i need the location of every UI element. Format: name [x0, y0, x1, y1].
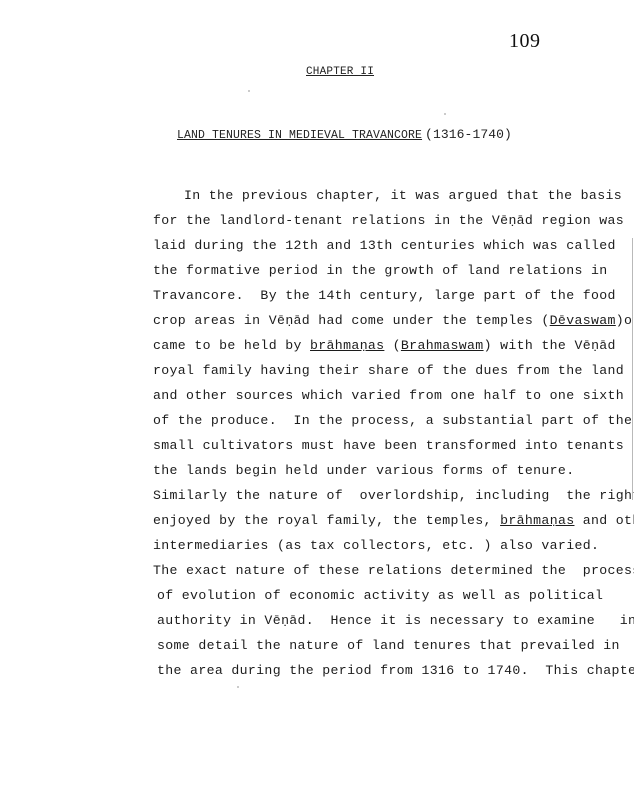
text-line: The exact nature of these relations dete… — [153, 558, 613, 583]
underlined-term: brāhmaṇas — [310, 338, 384, 353]
text-segment: In the previous chapter, it was argued t… — [184, 188, 622, 203]
text-line: of the produce. In the process, a substa… — [153, 408, 613, 433]
text-line: enjoyed by the royal family, the temples… — [153, 508, 613, 533]
text-segment: intermediaries (as tax collectors, etc. … — [153, 538, 599, 553]
text-line: the formative period in the growth of la… — [153, 258, 613, 283]
text-segment: and other — [574, 513, 634, 528]
text-segment: the lands begin held under various forms… — [153, 463, 574, 478]
scan-speck — [248, 90, 250, 92]
text-segment: for the landlord-tenant relations in the… — [153, 213, 624, 228]
body-paragraph: In the previous chapter, it was argued t… — [153, 183, 613, 683]
text-line: the lands begin held under various forms… — [153, 458, 613, 483]
text-segment: enjoyed by the royal family, the temples… — [153, 513, 500, 528]
underlined-term: brāhmaṇas — [500, 513, 574, 528]
text-line: for the landlord-tenant relations in the… — [153, 208, 613, 233]
text-segment: ( — [384, 338, 401, 353]
text-segment: some detail the nature of land tenures t… — [157, 638, 620, 653]
text-line: some detail the nature of land tenures t… — [153, 633, 613, 658]
text-line: and other sources which varied from one … — [153, 383, 613, 408]
text-segment: Similarly the nature of overlordship, in… — [153, 488, 634, 503]
text-line: intermediaries (as tax collectors, etc. … — [153, 533, 613, 558]
scan-speck — [237, 686, 239, 688]
text-line: crop areas in Vēṇād had come under the t… — [153, 308, 613, 333]
text-line: authority in Vēṇād. Hence it is necessar… — [153, 608, 613, 633]
page-number: 109 — [509, 30, 541, 53]
text-segment: laid during the 12th and 13th centuries … — [153, 238, 616, 253]
text-line: of evolution of economic activity as wel… — [153, 583, 613, 608]
scan-speck — [409, 672, 411, 674]
scan-speck — [444, 113, 446, 115]
text-segment: the formative period in the growth of la… — [153, 263, 608, 278]
text-segment: of evolution of economic activity as wel… — [157, 588, 603, 603]
text-segment: authority in Vēṇād. Hence it is necessar… — [157, 613, 634, 628]
text-segment: the area during the period from 1316 to … — [157, 663, 634, 678]
text-line: small cultivators must have been transfo… — [153, 433, 613, 458]
text-line: the area during the period from 1316 to … — [153, 658, 613, 683]
text-line: Travancore. By the 14th century, large p… — [153, 283, 613, 308]
text-line: Similarly the nature of overlordship, in… — [153, 483, 613, 508]
page-edge-line — [632, 238, 633, 500]
text-line: royal family having their share of the d… — [153, 358, 613, 383]
section-title: LAND TENURES IN MEDIEVAL TRAVANCORE(1316… — [177, 127, 512, 142]
section-title-years: (1316-1740) — [425, 127, 512, 142]
text-segment: small cultivators must have been transfo… — [153, 438, 624, 453]
text-segment: royal family having their share of the d… — [153, 363, 624, 378]
text-segment: came to be held by — [153, 338, 310, 353]
text-segment: crop areas in Vēṇād had come under the t… — [153, 313, 550, 328]
text-line: came to be held by brāhmaṇas (Brahmaswam… — [153, 333, 613, 358]
text-segment: of the produce. In the process, a substa… — [153, 413, 632, 428]
text-segment: The exact nature of these relations dete… — [153, 563, 634, 578]
text-segment: Travancore. By the 14th century, large p… — [153, 288, 616, 303]
underlined-term: Brahmaswam — [401, 338, 484, 353]
chapter-heading: CHAPTER II — [306, 66, 374, 78]
text-segment: and other sources which varied from one … — [153, 388, 624, 403]
text-line: laid during the 12th and 13th centuries … — [153, 233, 613, 258]
text-segment: ) with the Vēṇād — [484, 338, 616, 353]
underlined-term: Dēvaswam — [550, 313, 616, 328]
section-title-text: LAND TENURES IN MEDIEVAL TRAVANCORE — [177, 129, 422, 142]
text-line: In the previous chapter, it was argued t… — [153, 183, 613, 208]
